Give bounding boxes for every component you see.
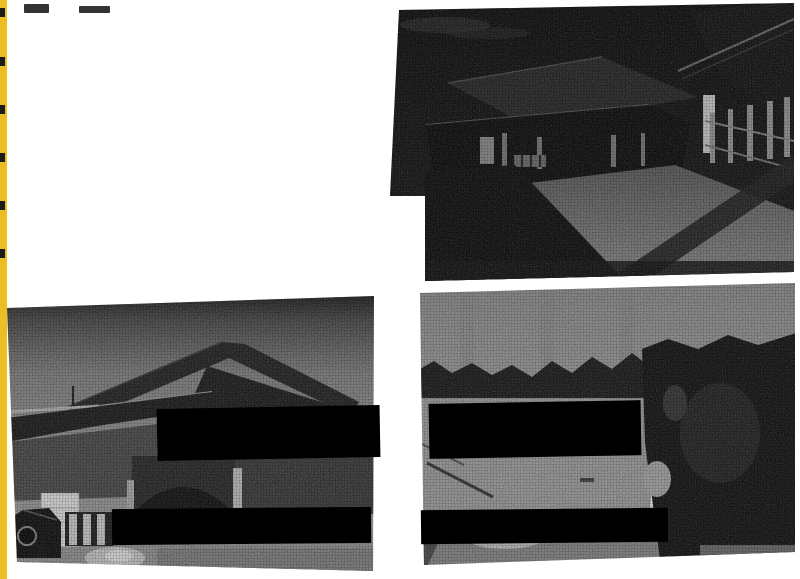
- scanned-page: [0, 0, 800, 579]
- photo-top-right: [390, 3, 794, 282]
- strip-tick-mark: [0, 105, 5, 114]
- redaction-bar: [112, 507, 371, 545]
- redaction-bar: [157, 405, 381, 461]
- redaction-bar: [429, 400, 642, 459]
- strip-tick-mark: [0, 201, 5, 210]
- strip-tick-mark: [0, 153, 5, 162]
- strip-tick-mark: [0, 8, 5, 17]
- scan-artifact-mark: [24, 4, 49, 13]
- redaction-bar: [421, 508, 668, 545]
- scan-artifact-mark: [79, 6, 110, 13]
- photo-top-right-artwork: [390, 3, 794, 282]
- strip-tick-mark: [0, 249, 5, 258]
- strip-tick-mark: [0, 57, 5, 66]
- page-edge-strip: [0, 0, 7, 579]
